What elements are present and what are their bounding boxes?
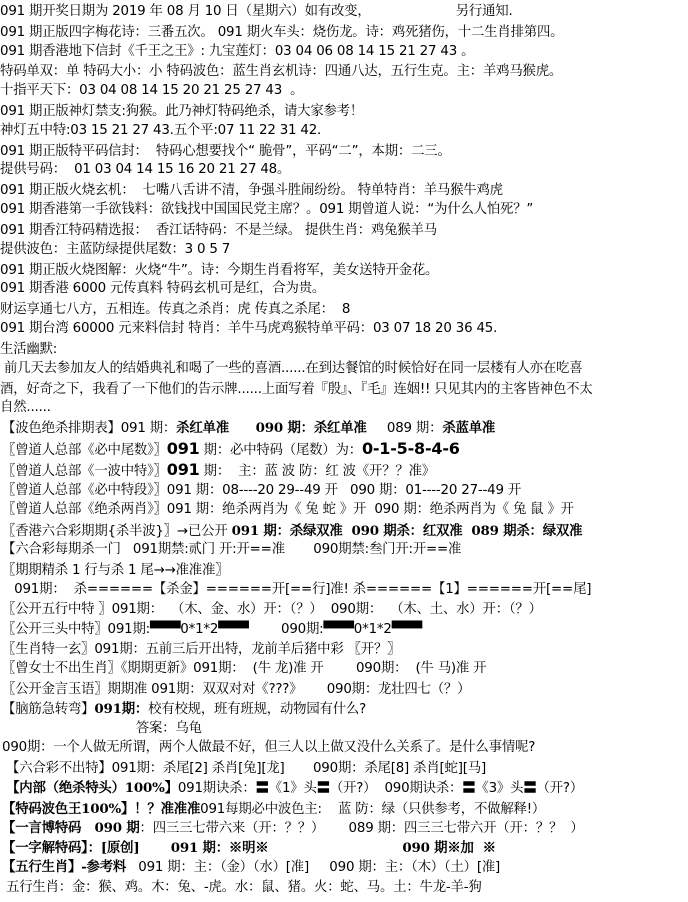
text-segment: 神灯五中特:03 15 21 27 43.五个平:07 11 22 31 42. (0, 123, 321, 138)
text-line: 〖曾女士不出生肖〗《期期更新》091期： (牛 龙)准 开 090期： (牛 马… (2, 659, 486, 681)
text-segment: 091 期：杀绿双准 090 期杀：红双准 089 期杀：绿双准 (232, 523, 583, 539)
text-segment: 0*1*2 (354, 622, 392, 637)
text-line: 091 期香港地下信封《千王之王》: 九宝莲灯：03 04 06 08 14 1… (0, 42, 474, 64)
text-segment: 091 (167, 460, 200, 479)
text-segment: 091 期香港 6000 元传真料 特码玄机可是红，合为贵。 (0, 281, 325, 296)
text-segment: 提供波色：主蓝防绿提供尾数：3 0 5 7 (0, 242, 230, 257)
text-segment: 【五行生肖】 (2, 859, 81, 875)
text-line: 【五行生肖】-参考料 091 期：主：（金）（水）[准] 090 期：主：（木）… (2, 857, 500, 879)
text-segment: 〖曾道人总部《必中尾数》〗 (2, 443, 167, 458)
text-segment: 生活幽默: (0, 342, 57, 357)
text-segment: 五行生肖：金：猴、鸡。木：兔、-虎。水：鼠、猪。火：蛇、马。土：牛龙-羊-狗 (6, 880, 482, 895)
text-line: 091 期香港第一手欲钱料：欲钱找中国国民党主席？。091 期曾道人说：“为什么… (0, 200, 533, 222)
text-segment: 091 期正版四字梅花诗：三番五次。 091 期火车头：烧伤龙。诗：鸡死猪伤，十… (0, 25, 563, 40)
text-line: 〖曾道人总部《一波中特》〗091 期： 主：蓝 波 防：红 波《开？？准》 (2, 460, 435, 482)
text-segment: 0*1*2 (180, 622, 218, 637)
text-segment: 特码单双：单 特码大小：小 特码波色：蓝生肖玄机诗：四通八达，五行生克。主：羊鸡… (0, 64, 562, 79)
text-segment: 自然...... (0, 400, 51, 415)
text-line: 091 期台湾 60000 元来料信封 特肖：羊牛马虎鸡猴特单平码：03 07 … (0, 319, 497, 341)
text-segment: 【六合彩不出特】091期：杀尾[2] 杀肖[兔][龙] 090期：杀尾[8] 杀… (2, 761, 486, 776)
text-segment: 091 (167, 439, 200, 458)
text-segment: 〖公开金言玉语〗期期准 091期：双双对对《???》 090期：龙壮四七（？） (2, 682, 470, 697)
text-line: 酒，好奇之下，我看了一下他们的告示牌......上面写着『殷』、『毛』连姻!! … (0, 380, 593, 402)
text-segment: 【一言博特码 090 期 (2, 820, 140, 836)
text-line: 十指平天下：03 04 08 14 15 20 21 25 27 43 。 (0, 81, 303, 103)
text-segment: 〖曾道人总部《必中特段》〗091 期：08----20 29--49 开 090… (2, 483, 521, 498)
text-segment: 【特码波色王100%】！？准准准 (2, 801, 200, 817)
text-line: 五行生肖：金：猴、鸡。木：兔、-虎。水：鼠、猪。火：蛇、马。土：牛龙-羊-狗 (6, 878, 482, 900)
text-segment: 091每期必中波色主: 蓝 防：绿（只供参考，不做解释!） (200, 802, 545, 817)
text-segment: 〓 (523, 780, 536, 796)
text-segment: 〖公开五行中特 〗091期： （木、金、水）开：（？） 090期： （木、土、水… (2, 602, 542, 617)
text-line: 【六合彩每期杀一门 091期禁:贰门 开:开==准 090期禁:叁门开:开==准 (2, 540, 461, 562)
text-segment: 〓 (462, 780, 475, 796)
text-segment: ▀▀▀ (218, 621, 248, 637)
text-segment: 〓 (256, 780, 269, 796)
text-segment: 十指平天下：03 04 08 14 15 20 21 25 27 43 。 (0, 83, 303, 98)
text-segment: 答案：乌龟 (2, 721, 202, 736)
text-segment: 前几天去参加友人的结婚典礼和喝了一些的喜酒......在到达餐馆的时候恰好在同一… (0, 361, 582, 376)
text-segment: （开?） 090期诀杀： (330, 781, 462, 796)
lottery-text-document: 091 期开奖日期为 2019 年 08 月 10 日（星期六）如有改变， 另行… (0, 0, 688, 902)
text-line: 【内部（绝杀特头）100%】091期诀杀：〓《1》头〓（开?） 090期诀杀：〓… (2, 778, 583, 800)
text-segment: 090 期： (229, 420, 314, 436)
text-segment: 杀蓝单准 (442, 420, 495, 436)
text-segment: 【一字解特码】：[原创] 091 期：※明※ 090 期※加 ※ (2, 840, 496, 856)
text-segment: 【脑筋急转弯】 (2, 702, 94, 717)
text-segment: 091 期：主：（金）（水）[准] 090 期：主：（木）（土）[准] (126, 860, 500, 875)
text-segment: ▀▀▀ (150, 621, 180, 637)
text-segment: 期： 主：蓝 波 防：红 波《开？？准》 (200, 464, 435, 479)
text-segment: 【波色绝杀排期表】091 期： (2, 421, 176, 436)
text-segment: 提供号码： 01 03 04 14 15 16 20 21 27 48。 (0, 162, 290, 177)
text-segment: 0-1-5-8-4-6 (362, 439, 460, 458)
text-segment: ：四三三七带六来（开：？？） 089 期：四三三七带六开（开：？？ ） (140, 821, 584, 836)
text-segment: 【六合彩每期杀一门 091期禁:贰门 开:开==准 090期禁:叁门开:开==准 (2, 542, 461, 557)
text-segment: 089 期： (367, 421, 443, 436)
text-segment: ▀▀▀ (323, 621, 353, 637)
text-segment: 〖曾道人总部《绝杀两肖》〗091 期：绝杀两肖为《 兔 蛇 》开 090 期：绝… (2, 502, 574, 517)
text-segment: 091 期开奖日期为 2019 年 08 月 10 日（星期六）如有改变， 另行… (0, 4, 513, 19)
text-segment: 期：必中特码（尾数）为： (200, 443, 362, 458)
text-segment: 〖公开三头中特〗091期: (2, 622, 150, 637)
text-line: 091 期香港 6000 元传真料 特码玄机可是红，合为贵。 (0, 279, 325, 301)
text-line: 提供波色：主蓝防绿提供尾数：3 0 5 7 (0, 240, 230, 262)
text-segment: 091期诀杀： (178, 781, 256, 796)
text-segment: 091 期台湾 60000 元来料信封 特肖：羊牛马虎鸡猴特单平码：03 07 … (0, 321, 497, 336)
text-line: 提供号码： 01 03 04 14 15 16 20 21 27 48。 (0, 160, 290, 182)
text-segment: 〖曾道人总部《一波中特》〗 (2, 464, 167, 479)
text-segment: 酒，好奇之下，我看了一下他们的告示牌......上面写着『殷』、『毛』连姻!! … (0, 382, 593, 397)
text-segment: 《1》头 (269, 781, 317, 796)
text-line: 〖曾道人总部《绝杀两肖》〗091 期：绝杀两肖为《 兔 蛇 》开 090 期：绝… (2, 500, 574, 522)
text-segment: 091 期正版神灯禁支:狗猴。此乃神灯特码绝杀，请大家参考！ (0, 104, 363, 119)
text-line: 【脑筋急转弯】091期：校有校规，班有班规，动物园有什么? (2, 699, 366, 721)
text-segment: 〖生肖特一玄〗091期：五前三后开出特，龙前羊后猪中彩 〖开？〗 (2, 642, 400, 657)
text-line: 【波色绝杀排期表】091 期：杀红单准 090 期：杀红单准 089 期：杀蓝单… (2, 418, 495, 440)
text-segment: 091期： (94, 701, 148, 717)
text-line: 090期：一个人做无所谓，两个人做最不好，但三人以上做又没什么关系了。是什么事情… (2, 738, 535, 760)
text-segment: 〓 (317, 780, 330, 796)
text-line: 自然...... (0, 398, 51, 420)
text-segment: 091 期正版火烧玄机： 七嘴八舌讲不清，争强斗胜闹纷纷。 特单特肖：羊马猴牛鸡… (0, 183, 503, 198)
text-segment: 090期: (249, 622, 324, 637)
text-segment: 091期： 杀======【杀金】======开[==行]准! 杀======【… (2, 582, 591, 597)
text-segment: 091 期正版火烧图解：火烧“牛”。诗：今期生肖看将军，美女送特开金花。 (0, 263, 438, 278)
text-segment: ▀▀▀ (392, 621, 422, 637)
text-segment: 091 期香港地下信封《千王之王》: 九宝莲灯：03 04 06 08 14 1… (0, 44, 474, 59)
text-segment: （开?） (537, 781, 583, 796)
text-line: 〖曾道人总部《必中尾数》〗091 期：必中特码（尾数）为：0-1-5-8-4-6 (2, 439, 460, 461)
text-line: 神灯五中特:03 15 21 27 43.五个平:07 11 22 31 42. (0, 121, 321, 143)
text-segment: 财运享通七八方，五相连。传真之杀肖：虎 传真之杀尾： 8 (0, 302, 350, 317)
text-segment: 〖香港六合彩期期{杀半波}〗→已公开 (2, 524, 232, 539)
text-segment: 校有校规，班有班规，动物园有什么? (148, 702, 366, 717)
text-line: 091期： 杀======【杀金】======开[==行]准! 杀======【… (2, 580, 591, 602)
text-segment: 杀红单准 (176, 420, 229, 436)
text-line: 前几天去参加友人的结婚典礼和喝了一些的喜酒......在到达餐馆的时候恰好在同一… (0, 359, 582, 381)
text-segment: -参考料 (81, 859, 126, 875)
text-line: 〖公开三头中特〗091期:▀▀▀0*1*2▀▀▀ 090期:▀▀▀0*1*2▀▀… (2, 619, 422, 641)
text-segment: 090期：一个人做无所谓，两个人做最不好，但三人以上做又没什么关系了。是什么事情… (2, 740, 535, 755)
text-segment: 091 期香港第一手欲钱料：欲钱找中国国民党主席？。091 期曾道人说：“为什么… (0, 202, 533, 217)
text-segment: 091 期正版特平码信封： 特码心想要找个“ 脆骨”，平码“二”，本期：二三。 (0, 144, 451, 159)
text-segment: 【内部（绝杀特头）100%】 (6, 780, 178, 796)
text-segment: 091 期香江特码精选报： 香江话特码：不是兰绿。 提供生肖：鸡兔猴羊马 (0, 223, 437, 238)
text-segment: 《3》头 (475, 781, 523, 796)
text-segment: 杀红单准 (314, 420, 367, 436)
text-line: 091 期开奖日期为 2019 年 08 月 10 日（星期六）如有改变， 另行… (0, 2, 513, 24)
text-segment: 〖期期精杀 1 行与杀 1 尾→→准准准〗 (2, 563, 228, 578)
text-line: 【一言博特码 090 期：四三三七带六来（开：？？） 089 期：四三三七带六开… (2, 818, 584, 840)
text-segment: 〖曾女士不出生肖〗《期期更新》091期： (牛 龙)准 开 090期： (牛 马… (2, 661, 486, 676)
